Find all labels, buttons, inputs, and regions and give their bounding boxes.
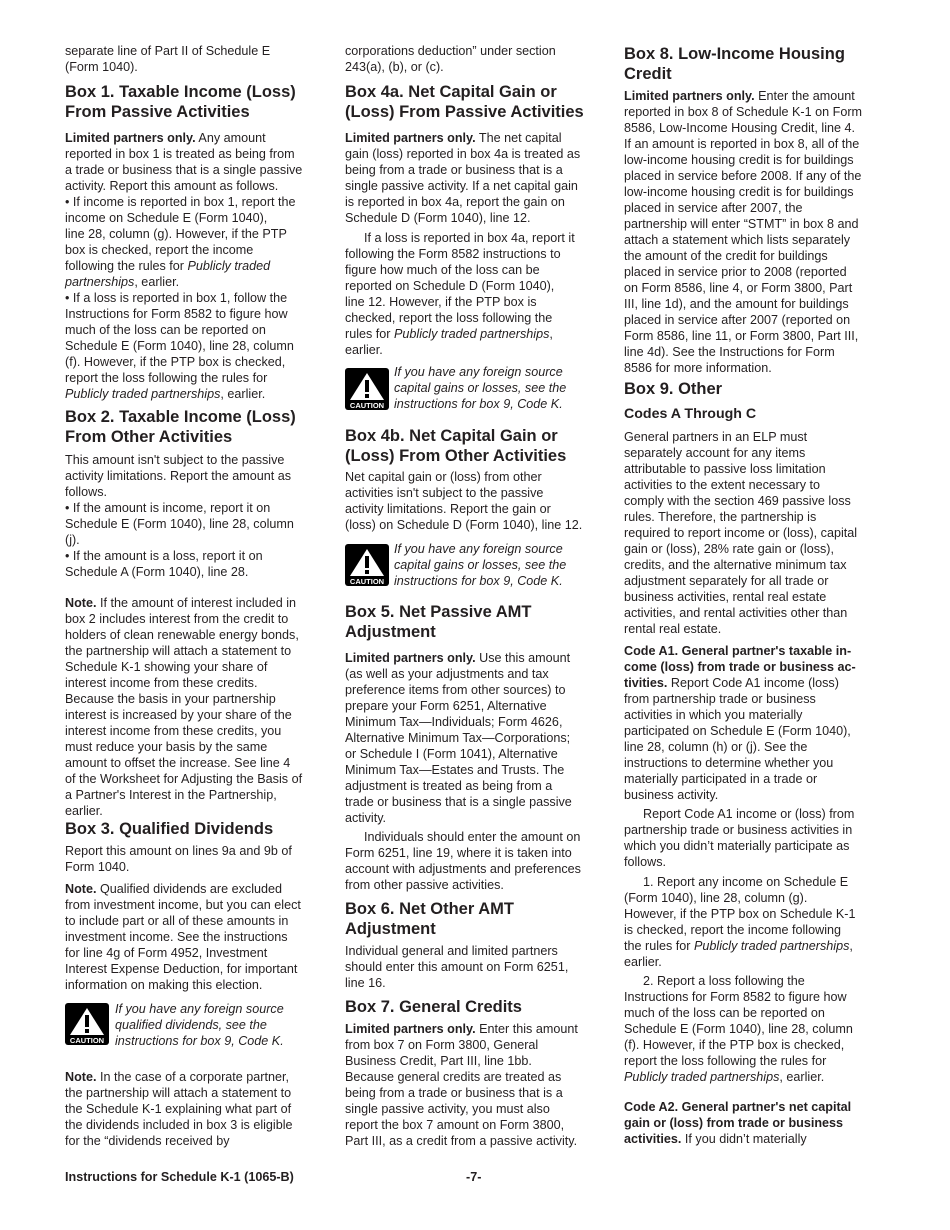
text-line: interest income from these credits.: [65, 675, 257, 691]
caution-text: instructions for box 9, Code K.: [394, 573, 563, 589]
text-line: business activities, rental real estate: [624, 589, 826, 605]
text-line: activity. Report this amount as follows.: [65, 178, 278, 194]
text-line: box 2 includes interest from the credit …: [65, 611, 288, 627]
text-line: Form 8586, line 11, or Form 3800, Part I…: [624, 328, 858, 344]
caution-icon: CAUTION: [345, 544, 389, 586]
caution-text: qualified dividends, see the: [115, 1017, 267, 1033]
heading-box1: Box 1. Taxable Income (Loss): [65, 82, 296, 102]
text-line: a trade or business that is a single pas…: [65, 162, 302, 178]
text-line: interest is increased by your share of t…: [65, 707, 292, 723]
text-line: placed in service prior to 2008 (reporte…: [624, 264, 847, 280]
text-line: separate line of Part II of Schedule E: [65, 43, 270, 59]
heading-box6: Box 6. Net Other AMT: [345, 899, 514, 919]
text-line: credits, and the alternative minimum tax: [624, 557, 847, 573]
code-a1-heading: tivities.: [624, 676, 667, 690]
code-a1-heading: Code A1. General partner's taxable in-: [624, 643, 851, 659]
heading-box7: Box 7. General Credits: [345, 997, 522, 1017]
text-line: is reported in box 4a, report the gain o…: [345, 194, 565, 210]
text-line: reported on Schedule D (Form 1040),: [345, 278, 554, 294]
text-line: for line 4g of Form 4952, Investment: [65, 945, 267, 961]
text-line: rules for Publicly traded partnerships,: [345, 326, 553, 342]
text-line: for the “dividends received by: [65, 1133, 230, 1149]
text-line: low-income housing credit is for buildin…: [624, 184, 854, 200]
lead-in: Note.: [65, 882, 96, 896]
text-line: If an amount is reported in box 8, all o…: [624, 136, 859, 152]
text-line: activities. If you didn’t materially: [624, 1131, 807, 1147]
text-line: Form 1040.: [65, 859, 129, 875]
text-line: Business Credit, Part III, line 1bb.: [345, 1053, 532, 1069]
text-line: line 16.: [345, 975, 386, 991]
text-line: Schedule K-1 showing your share of: [65, 659, 267, 675]
heading-box4b: (Loss) From Other Activities: [345, 446, 566, 466]
text-line: (Form 1040), line 28, column (g).: [624, 890, 807, 906]
caution-icon: CAUTION: [345, 368, 389, 410]
text-line: the partnership will attach a statement …: [65, 643, 291, 659]
text-line: must reduce your basis by the same: [65, 739, 267, 755]
text-line: Instructions for Form 8582 to figure how: [65, 306, 288, 322]
text-line: This amount isn't subject to the passive: [65, 452, 284, 468]
subheading-codes-a-c: Codes A Through C: [624, 405, 756, 423]
caution-text: capital gains or losses, see the: [394, 557, 566, 573]
text-line: Note. If the amount of interest included…: [65, 595, 296, 611]
text-line: earlier.: [65, 803, 103, 819]
text-line: partnership trade or business activities…: [624, 822, 852, 838]
text-line: from partnership trade or business: [624, 691, 816, 707]
lead-in: Note.: [65, 596, 96, 610]
text-line: rental real estate.: [624, 621, 721, 637]
text-line: partnerships, earlier.: [65, 274, 179, 290]
heading-box2: Box 2. Taxable Income (Loss): [65, 407, 296, 427]
text-line: partnership will enter “STMT” in box 8 a…: [624, 216, 858, 232]
text-line: should enter this amount on Form 6251,: [345, 959, 568, 975]
text-line: or Schedule I (Form 1041), Alternative: [345, 746, 558, 762]
cross-reference: Publicly traded partnerships: [394, 327, 549, 341]
text-line: Alternative Minimum Tax—Corporations;: [345, 730, 570, 746]
text-line: Publicly traded partnerships, earlier.: [624, 1069, 824, 1085]
text-line: line 28, column (h) or (j). See the: [624, 739, 807, 755]
code-a2-heading: activities.: [624, 1132, 681, 1146]
text-line: the Schedule K-1 explaining what part of: [65, 1101, 291, 1117]
text-line: III, line 1d), and the amount for buildi…: [624, 296, 849, 312]
text-line: on Form 8586, line 4, or Form 3800, Part: [624, 280, 852, 296]
text-line: reported in box 8 of Schedule K-1 on For…: [624, 104, 862, 120]
text-line: Publicly traded partnerships, earlier.: [65, 386, 265, 402]
text-line: report the loss following the rules for: [65, 370, 267, 386]
caution-text: capital gains or losses, see the: [394, 380, 566, 396]
code-a2-heading: gain or (loss) from trade or business: [624, 1115, 843, 1131]
text-line: Interest Expense Deduction, for importan…: [65, 961, 297, 977]
text-line: If a loss is reported in box 4a, report …: [364, 230, 575, 246]
text-line: placed in service after 2007, the: [624, 200, 803, 216]
text-line: 243(a), (b), or (c).: [345, 59, 444, 75]
cross-reference: Publicly traded partnerships: [65, 387, 220, 401]
numbered-item: 1. Report any income on Schedule E: [643, 874, 848, 890]
text-line: trade or business that is a single passi…: [345, 794, 572, 810]
text-line: activities in which you materially: [624, 707, 802, 723]
svg-text:CAUTION: CAUTION: [70, 1036, 104, 1045]
text-line: Because general credits are treated as: [345, 1069, 561, 1085]
heading-box8: Credit: [624, 64, 672, 84]
text-line: business activity.: [624, 787, 718, 803]
caution-triangle-icon: CAUTION: [345, 544, 389, 586]
footer-document-title: Instructions for Schedule K-1 (1065-B): [65, 1170, 294, 1184]
text-line: investment income. See the instructions: [65, 929, 288, 945]
text-line: preference items from other sources) to: [345, 682, 565, 698]
text-line: from other passive activities.: [345, 877, 504, 893]
text-line: income on Schedule E (Form 1040),: [65, 210, 267, 226]
text-line: activity limitations. Report the amount …: [65, 468, 291, 484]
heading-box1: From Passive Activities: [65, 102, 250, 122]
lead-in: Note.: [65, 1070, 96, 1084]
text-line: (f). However, if the PTP box is checked,: [65, 354, 285, 370]
text-line: Schedule E (Form 1040), line 28, column: [65, 516, 294, 532]
text-line: prepare your Form 6251, Alternative: [345, 698, 547, 714]
text-line: being from a trade or business that is a: [345, 1085, 563, 1101]
text-line: adjustment separately for all trade or: [624, 573, 828, 589]
text-line: follows.: [624, 854, 666, 870]
text-line: Limited partners only. Any amount: [65, 130, 266, 146]
text-line: reported in box 1 is treated as being fr…: [65, 146, 295, 162]
text-line: information on making this election.: [65, 977, 262, 993]
text-line: amount to offset the increase. See line …: [65, 755, 290, 771]
text-line: Because the basis in your partnership: [65, 691, 276, 707]
text-line: the rules for Publicly traded partnershi…: [624, 938, 853, 954]
heading-box3: Box 3. Qualified Dividends: [65, 819, 273, 839]
bullet-item: • If income is reported in box 1, report…: [65, 194, 296, 210]
bullet-item: • If a loss is reported in box 1, follow…: [65, 290, 287, 306]
text-line: much of the loss can be reported on: [65, 322, 266, 338]
text-line: checked, report the loss following the: [345, 310, 552, 326]
text-line: attributable to passive loss limitation: [624, 461, 826, 477]
text-line: low-income housing credit is for buildin…: [624, 152, 854, 168]
lead-in: Limited partners only.: [345, 651, 476, 665]
text-line: 8586 for more information.: [624, 360, 772, 376]
caution-text: If you have any foreign source: [394, 541, 563, 557]
text-line: earlier.: [345, 342, 383, 358]
text-line: activities, and rental activities other …: [624, 605, 847, 621]
caution-triangle-icon: CAUTION: [65, 1003, 109, 1045]
heading-box2: From Other Activities: [65, 427, 232, 447]
cross-reference: Publicly traded partnerships: [624, 1070, 779, 1084]
text-line: placed in service before 2008. If any of…: [624, 168, 861, 184]
text-line: Schedule A (Form 1040), line 28.: [65, 564, 248, 580]
lead-in: Limited partners only.: [624, 89, 755, 103]
text-line: a Partner's Interest in the Partnership,: [65, 787, 277, 803]
text-line: single passive activity. If a net capita…: [345, 178, 578, 194]
lead-in: Limited partners only.: [65, 131, 196, 145]
cross-reference: partnerships: [65, 275, 134, 289]
heading-box5: Box 5. Net Passive AMT: [345, 602, 531, 622]
text-line: Schedule E (Form 1040), line 28, column: [65, 338, 294, 354]
text-line: figure how much of the loss can be: [345, 262, 540, 278]
numbered-item: 2. Report a loss following the: [643, 973, 805, 989]
text-line: Note. Qualified dividends are excluded: [65, 881, 282, 897]
text-line: comply with the section 469 passive loss: [624, 493, 851, 509]
text-line: General partners in an ELP must: [624, 429, 807, 445]
text-line: Schedule E (Form 1040), line 28, column: [624, 1021, 853, 1037]
svg-text:CAUTION: CAUTION: [350, 577, 384, 586]
text-line: Limited partners only. The net capital: [345, 130, 562, 146]
text-line: from box 7 on Form 3800, General: [345, 1037, 538, 1053]
text-line: Limited partners only. Enter this amount: [345, 1021, 578, 1037]
caution-text: If you have any foreign source: [394, 364, 563, 380]
text-line: (j).: [65, 532, 80, 548]
text-line: single passive activity, you must also: [345, 1101, 550, 1117]
text-line: activities isn't subject to the passive: [345, 485, 543, 501]
cross-reference: Publicly traded partnerships: [694, 939, 849, 953]
text-line: box is checked, report the income: [65, 242, 253, 258]
heading-box6: Adjustment: [345, 919, 436, 939]
caution-text: If you have any foreign source: [115, 1001, 284, 1017]
text-line: Report Code A1 income or (loss) from: [643, 806, 854, 822]
text-line: activity limitations. Report the gain or: [345, 501, 551, 517]
heading-box9: Box 9. Other: [624, 379, 722, 399]
code-a1-heading: come (loss) from trade or business ac-: [624, 659, 856, 675]
text-line: Minimum Tax—Individuals; Form 4626,: [345, 714, 562, 730]
heading-box4b: Box 4b. Net Capital Gain or: [345, 426, 558, 446]
lead-in: Limited partners only.: [345, 131, 476, 145]
text-line: the partnership will attach a statement …: [65, 1085, 291, 1101]
text-line: attach a statement which lists separatel…: [624, 232, 850, 248]
text-line: gain (loss) reported in box 4a is treate…: [345, 146, 580, 162]
text-line: Note. In the case of a corporate partner…: [65, 1069, 289, 1085]
text-line: line 28, column (g). However, if the PTP: [65, 226, 287, 242]
caution-text: instructions for box 9, Code K.: [115, 1033, 284, 1049]
text-line: from investment income, but you can elec…: [65, 897, 301, 913]
text-line: the dividends included in box 3 is eligi…: [65, 1117, 293, 1133]
text-line: adjustment is treated as being from a: [345, 778, 552, 794]
heading-box8: Box 8. Low-Income Housing: [624, 44, 845, 64]
text-line: account with adjustments and preferences: [345, 861, 581, 877]
text-line: is checked, report the income following: [624, 922, 841, 938]
heading-box4a: Box 4a. Net Capital Gain or: [345, 82, 557, 102]
caution-icon: CAUTION: [65, 1003, 109, 1045]
text-line: (loss) on Schedule D (Form 1040), line 1…: [345, 517, 582, 533]
text-line: (f). However, if the PTP box is checked,: [624, 1037, 844, 1053]
text-line: materially participated in a trade or: [624, 771, 817, 787]
text-line: (as well as your adjustments and tax: [345, 666, 549, 682]
text-line: Minimum Tax—Estates and Trusts. The: [345, 762, 564, 778]
bullet-item: • If the amount is income, report it on: [65, 500, 270, 516]
text-line: following the Form 8582 instructions to: [345, 246, 561, 262]
text-line: Form 6251, line 19, where it is taken in…: [345, 845, 572, 861]
text-line: gain or (loss), 28% rate gain or (loss),: [624, 541, 834, 557]
text-line: placed in service after 2007 (reported o…: [624, 312, 850, 328]
text-line: instructions to determine whether you: [624, 755, 833, 771]
svg-text:CAUTION: CAUTION: [350, 401, 384, 410]
text-line: Limited partners only. Enter the amount: [624, 88, 855, 104]
heading-box5: Adjustment: [345, 622, 436, 642]
bullet-item: • If the amount is a loss, report it on: [65, 548, 263, 564]
text-line: interest income from these credits, you: [65, 723, 281, 739]
text-line: of the Worksheet for Adjusting the Basis…: [65, 771, 302, 787]
text-line: following the rules for Publicly traded: [65, 258, 270, 274]
text-line: line 4d). See the Instructions for Form: [624, 344, 835, 360]
text-line: Part III, as a credit from a passive act…: [345, 1133, 577, 1149]
text-line: Individual general and limited partners: [345, 943, 558, 959]
text-line: separately account for any items: [624, 445, 805, 461]
text-line: activities to the extent necessary to: [624, 477, 820, 493]
text-line: which you didn’t materially participate …: [624, 838, 849, 854]
text-line: participated on Schedule E (Form 1040),: [624, 723, 851, 739]
cross-reference: Publicly traded: [188, 259, 271, 273]
footer-page-number: -7-: [466, 1170, 481, 1184]
text-line: follows.: [65, 484, 107, 500]
text-line: Report this amount on lines 9a and 9b of: [65, 843, 292, 859]
heading-box4a: (Loss) From Passive Activities: [345, 102, 584, 122]
text-line: 8586, Low-Income Housing Credit, line 4.: [624, 120, 855, 136]
text-line: Limited partners only. Use this amount: [345, 650, 570, 666]
text-line: holders of clean renewable energy bonds,: [65, 627, 299, 643]
text-line: tivities. Report Code A1 income (loss): [624, 675, 839, 691]
text-line: line 12. However, if the PTP box is: [345, 294, 537, 310]
text-line: to include part or all of these amounts …: [65, 913, 288, 929]
text-line: being from a trade or business that is a: [345, 162, 563, 178]
text-line: Individuals should enter the amount on: [364, 829, 580, 845]
text-line: report the box 7 amount on Form 3800,: [345, 1117, 564, 1133]
text-line: rules. Therefore, the partnership is: [624, 509, 816, 525]
caution-text: instructions for box 9, Code K.: [394, 396, 563, 412]
text-line: (Form 1040).: [65, 59, 138, 75]
text-line: Net capital gain or (loss) from other: [345, 469, 542, 485]
text-line: However, if the PTP box on Schedule K-1: [624, 906, 855, 922]
text-line: activity.: [345, 810, 386, 826]
caution-triangle-icon: CAUTION: [345, 368, 389, 410]
text-line: the amount of the credit for buildings: [624, 248, 828, 264]
text-line: much of the loss can be reported on: [624, 1005, 825, 1021]
text-line: Schedule D (Form 1040), line 12.: [345, 210, 531, 226]
code-a2-heading: Code A2. General partner's net capital: [624, 1099, 851, 1115]
text-line: corporations deduction” under section: [345, 43, 556, 59]
text-line: Instructions for Form 8582 to figure how: [624, 989, 847, 1005]
lead-in: Limited partners only.: [345, 1022, 476, 1036]
text-line: earlier.: [624, 954, 662, 970]
text-line: required to report income or (loss), cap…: [624, 525, 857, 541]
text-line: report the loss following the rules for: [624, 1053, 826, 1069]
